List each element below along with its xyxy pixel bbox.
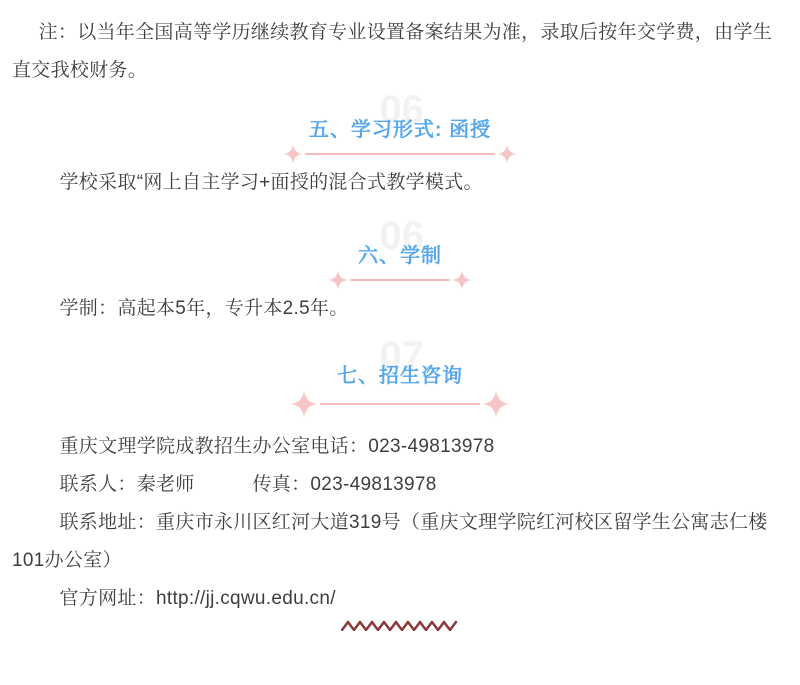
section-title: 五、学习形式: 函授 xyxy=(12,116,788,144)
contact-website-line: 官方网址：http://jj.cqwu.edu.cn/ xyxy=(12,580,788,618)
heading-underline-decoration xyxy=(12,390,788,418)
contact-phone-line: 重庆文理学院成教招生办公室电话：023-49813978 xyxy=(12,428,788,466)
article-page: 注：以当年全国高等学历继续教育专业设置备案结果为准，录取后按年交学费，由学生直交… xyxy=(0,0,800,685)
sparkle-icon xyxy=(328,270,348,290)
sparkle-icon xyxy=(497,144,517,164)
footer-decoration xyxy=(12,620,788,631)
section-heading-study-form: 06 五、学习形式: 函授 xyxy=(12,116,788,164)
heading-underline xyxy=(320,403,480,405)
section-title: 六、学制 xyxy=(12,242,788,270)
section-heading-duration: 06 六、学制 xyxy=(12,242,788,290)
duration-paragraph: 学制：高起本5年，专升本2.5年。 xyxy=(12,290,788,328)
sparkle-icon xyxy=(452,270,472,290)
study-form-paragraph: 学校采取“网上自主学习+面授的混合式教学模式。 xyxy=(12,164,788,202)
heading-underline-decoration xyxy=(12,144,788,164)
sparkle-icon xyxy=(290,390,318,418)
note-paragraph: 注：以当年全国高等学历继续教育专业设置备案结果为准，录取后按年交学费，由学生直交… xyxy=(12,14,788,90)
section-title: 七、招生咨询 xyxy=(12,362,788,390)
contact-info-block: 重庆文理学院成教招生办公室电话：023-49813978 联系人：秦老师 传真：… xyxy=(12,428,788,618)
zigzag-divider-icon xyxy=(341,620,459,631)
contact-address-line: 联系地址：重庆市永川区红河大道319号（重庆文理学院红河校区留学生公寓志仁楼10… xyxy=(12,504,788,580)
heading-underline xyxy=(305,153,495,155)
section-heading-consultation: 07 七、招生咨询 xyxy=(12,362,788,418)
heading-underline xyxy=(350,279,450,281)
sparkle-icon xyxy=(283,144,303,164)
sparkle-icon xyxy=(482,390,510,418)
heading-underline-decoration xyxy=(12,270,788,290)
contact-person-line: 联系人：秦老师 传真：023-49813978 xyxy=(12,466,788,504)
